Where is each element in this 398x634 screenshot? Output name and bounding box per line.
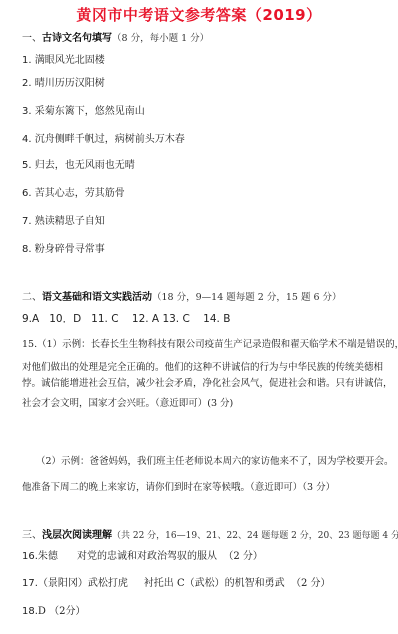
page-title: 黄冈市中考语文参考答案（2019） bbox=[0, 4, 398, 25]
answer-6: 6. 苦其心志，劳其筋骨 bbox=[22, 188, 125, 200]
section-title: 古诗文名句填写 bbox=[42, 33, 112, 44]
q15-part1-line3: 悖。诚信能增进社会互信，减少社会矛盾，净化社会风气，促进社会和谐。只有讲诚信， bbox=[22, 378, 393, 390]
q15-part2-line2: 他准备下周二的晚上来家访，请你们到时在家等候哦。（意近即可）（3 分） bbox=[22, 482, 335, 494]
section-number: 一、 bbox=[22, 33, 42, 44]
q15-part2-line1: （2）示例：爸爸妈妈，我们班主任老师说本周六的家访他来不了，因为学校要开会。 bbox=[36, 456, 394, 468]
answer-5: 5. 归去，也无风雨也无晴 bbox=[22, 160, 135, 172]
section-1-heading: 一、古诗文名句填写（8 分，每小题 1 分） bbox=[22, 33, 209, 45]
multiple-choice-answers: 9.A 10．D 11. C 12. A 13. C 14. B bbox=[22, 313, 230, 325]
q15-part1-line2: 对他们做出的处理是完全正确的。他们的这种不讲诚信的行为与中华民族的传统美德相 bbox=[22, 362, 383, 374]
answer-7: 7. 熟读精思子自知 bbox=[22, 216, 105, 228]
answer-4: 4. 沉舟侧畔千帆过，病树前头万木春 bbox=[22, 134, 185, 146]
answer-16: 16.朱德 对党的忠诚和对政治驾驭的服从 （2 分） bbox=[22, 551, 263, 563]
answer-18: 18.D （2分） bbox=[22, 606, 85, 618]
q15-part1-line4: 社会才会文明，国家才会兴旺。（意近即可）(3 分) bbox=[22, 398, 233, 410]
answer-3: 3. 采菊东篱下，悠然见南山 bbox=[22, 106, 145, 118]
q15-part1-line1: 15.（1）示例：长春长生生物科技有限公司疫苗生产记录造假和翟天临学术不端是错误… bbox=[22, 339, 398, 351]
answer-2: 2. 晴川历历汉阳树 bbox=[22, 78, 105, 90]
section-3-heading: 三、浅层次阅读理解（共 22 分，16—19、21、22、24 题每题 2 分，… bbox=[22, 530, 398, 542]
answer-1: 1. 满眼风光北固楼 bbox=[22, 55, 105, 67]
answer-17: 17.（景阳冈）武松打虎 衬托出 C（武松）的机智和勇武 （2 分） bbox=[22, 578, 331, 590]
section-note: （8 分，每小题 1 分） bbox=[112, 33, 209, 44]
answer-8: 8. 粉身碎骨寻常事 bbox=[22, 244, 105, 256]
section-2-heading: 二、语文基础和语文实践活动（18 分，9—14 题每题 2 分，15 题 6 分… bbox=[22, 292, 342, 304]
